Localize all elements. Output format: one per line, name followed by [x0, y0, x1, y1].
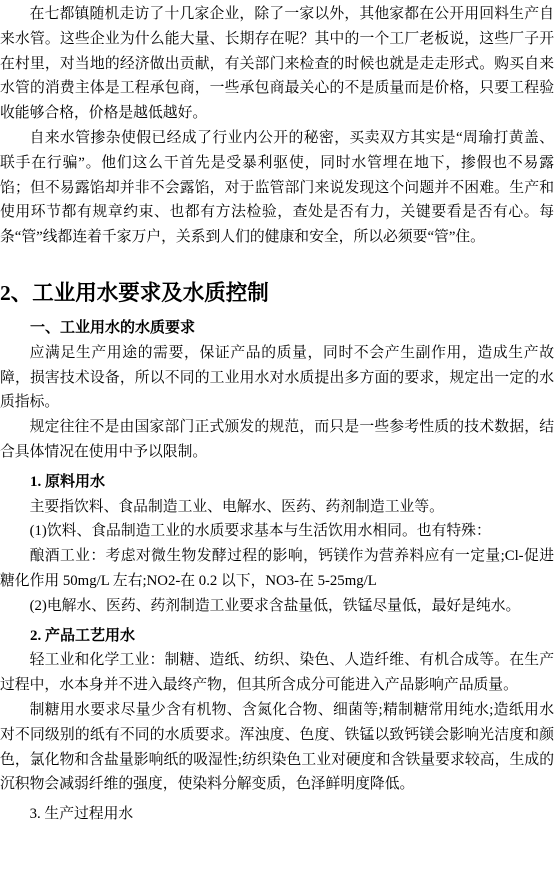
item1-paragraph-2: (1)饮料、食品制造工业的水质要求基本与生活饮用水相同。也有特殊： — [0, 519, 554, 544]
water-quality-paragraph-1: 应满足生产用途的需要，保证产品的质量，同时不会产生副作用，造成生产故障，损害技术… — [0, 341, 554, 415]
subsection-heading: 一、工业用水的水质要求 — [0, 316, 554, 341]
intro-paragraph-1: 在七都镇随机走访了十几家企业，除了一家以外，其他家都在公开用回料生产自来水管。这… — [0, 2, 554, 126]
item1-paragraph-4: (2)电解水、医药、药剂制造工业要求含盐量低，铁锰尽量低，最好是纯水。 — [0, 594, 554, 619]
water-quality-paragraph-2: 规定往往不是由国家部门正式颁发的规范，而只是一些参考性质的技术数据，结合具体情况… — [0, 415, 554, 465]
item1-heading-raw-material-water: 1. 原料用水 — [0, 470, 554, 495]
item2-paragraph-1: 轻工业和化学工业：制糖、造纸、纺织、染色、人造纤维、有机合成等。在生产过程中，水… — [0, 648, 554, 698]
item1-paragraph-3: 酿酒工业：考虑对微生物发酵过程的影响，钙镁作为营养料应有一定量;Cl-促进糖化作… — [0, 544, 554, 594]
item2-paragraph-2: 制糖用水要求尽量少含有机物、含氮化合物、细菌等;精制糖常用纯水;造纸用水对不同级… — [0, 698, 554, 797]
item2-heading-process-water: 2. 产品工艺用水 — [0, 624, 554, 649]
intro-paragraph-2: 自来水管掺杂使假已经成了行业内公开的秘密，买卖双方其实是“周瑜打黄盖、联手在行骗… — [0, 126, 554, 250]
item3-heading-production-process-water: 3. 生产过程用水 — [0, 802, 554, 827]
item1-paragraph-1: 主要指饮料、食品制造工业、电解水、医药、药剂制造工业等。 — [0, 495, 554, 520]
section-heading: 2、工业用水要求及水质控制 — [0, 277, 554, 310]
document-page: 在七都镇随机走访了十几家企业，除了一家以外，其他家都在公开用回料生产自来水管。这… — [0, 0, 554, 888]
